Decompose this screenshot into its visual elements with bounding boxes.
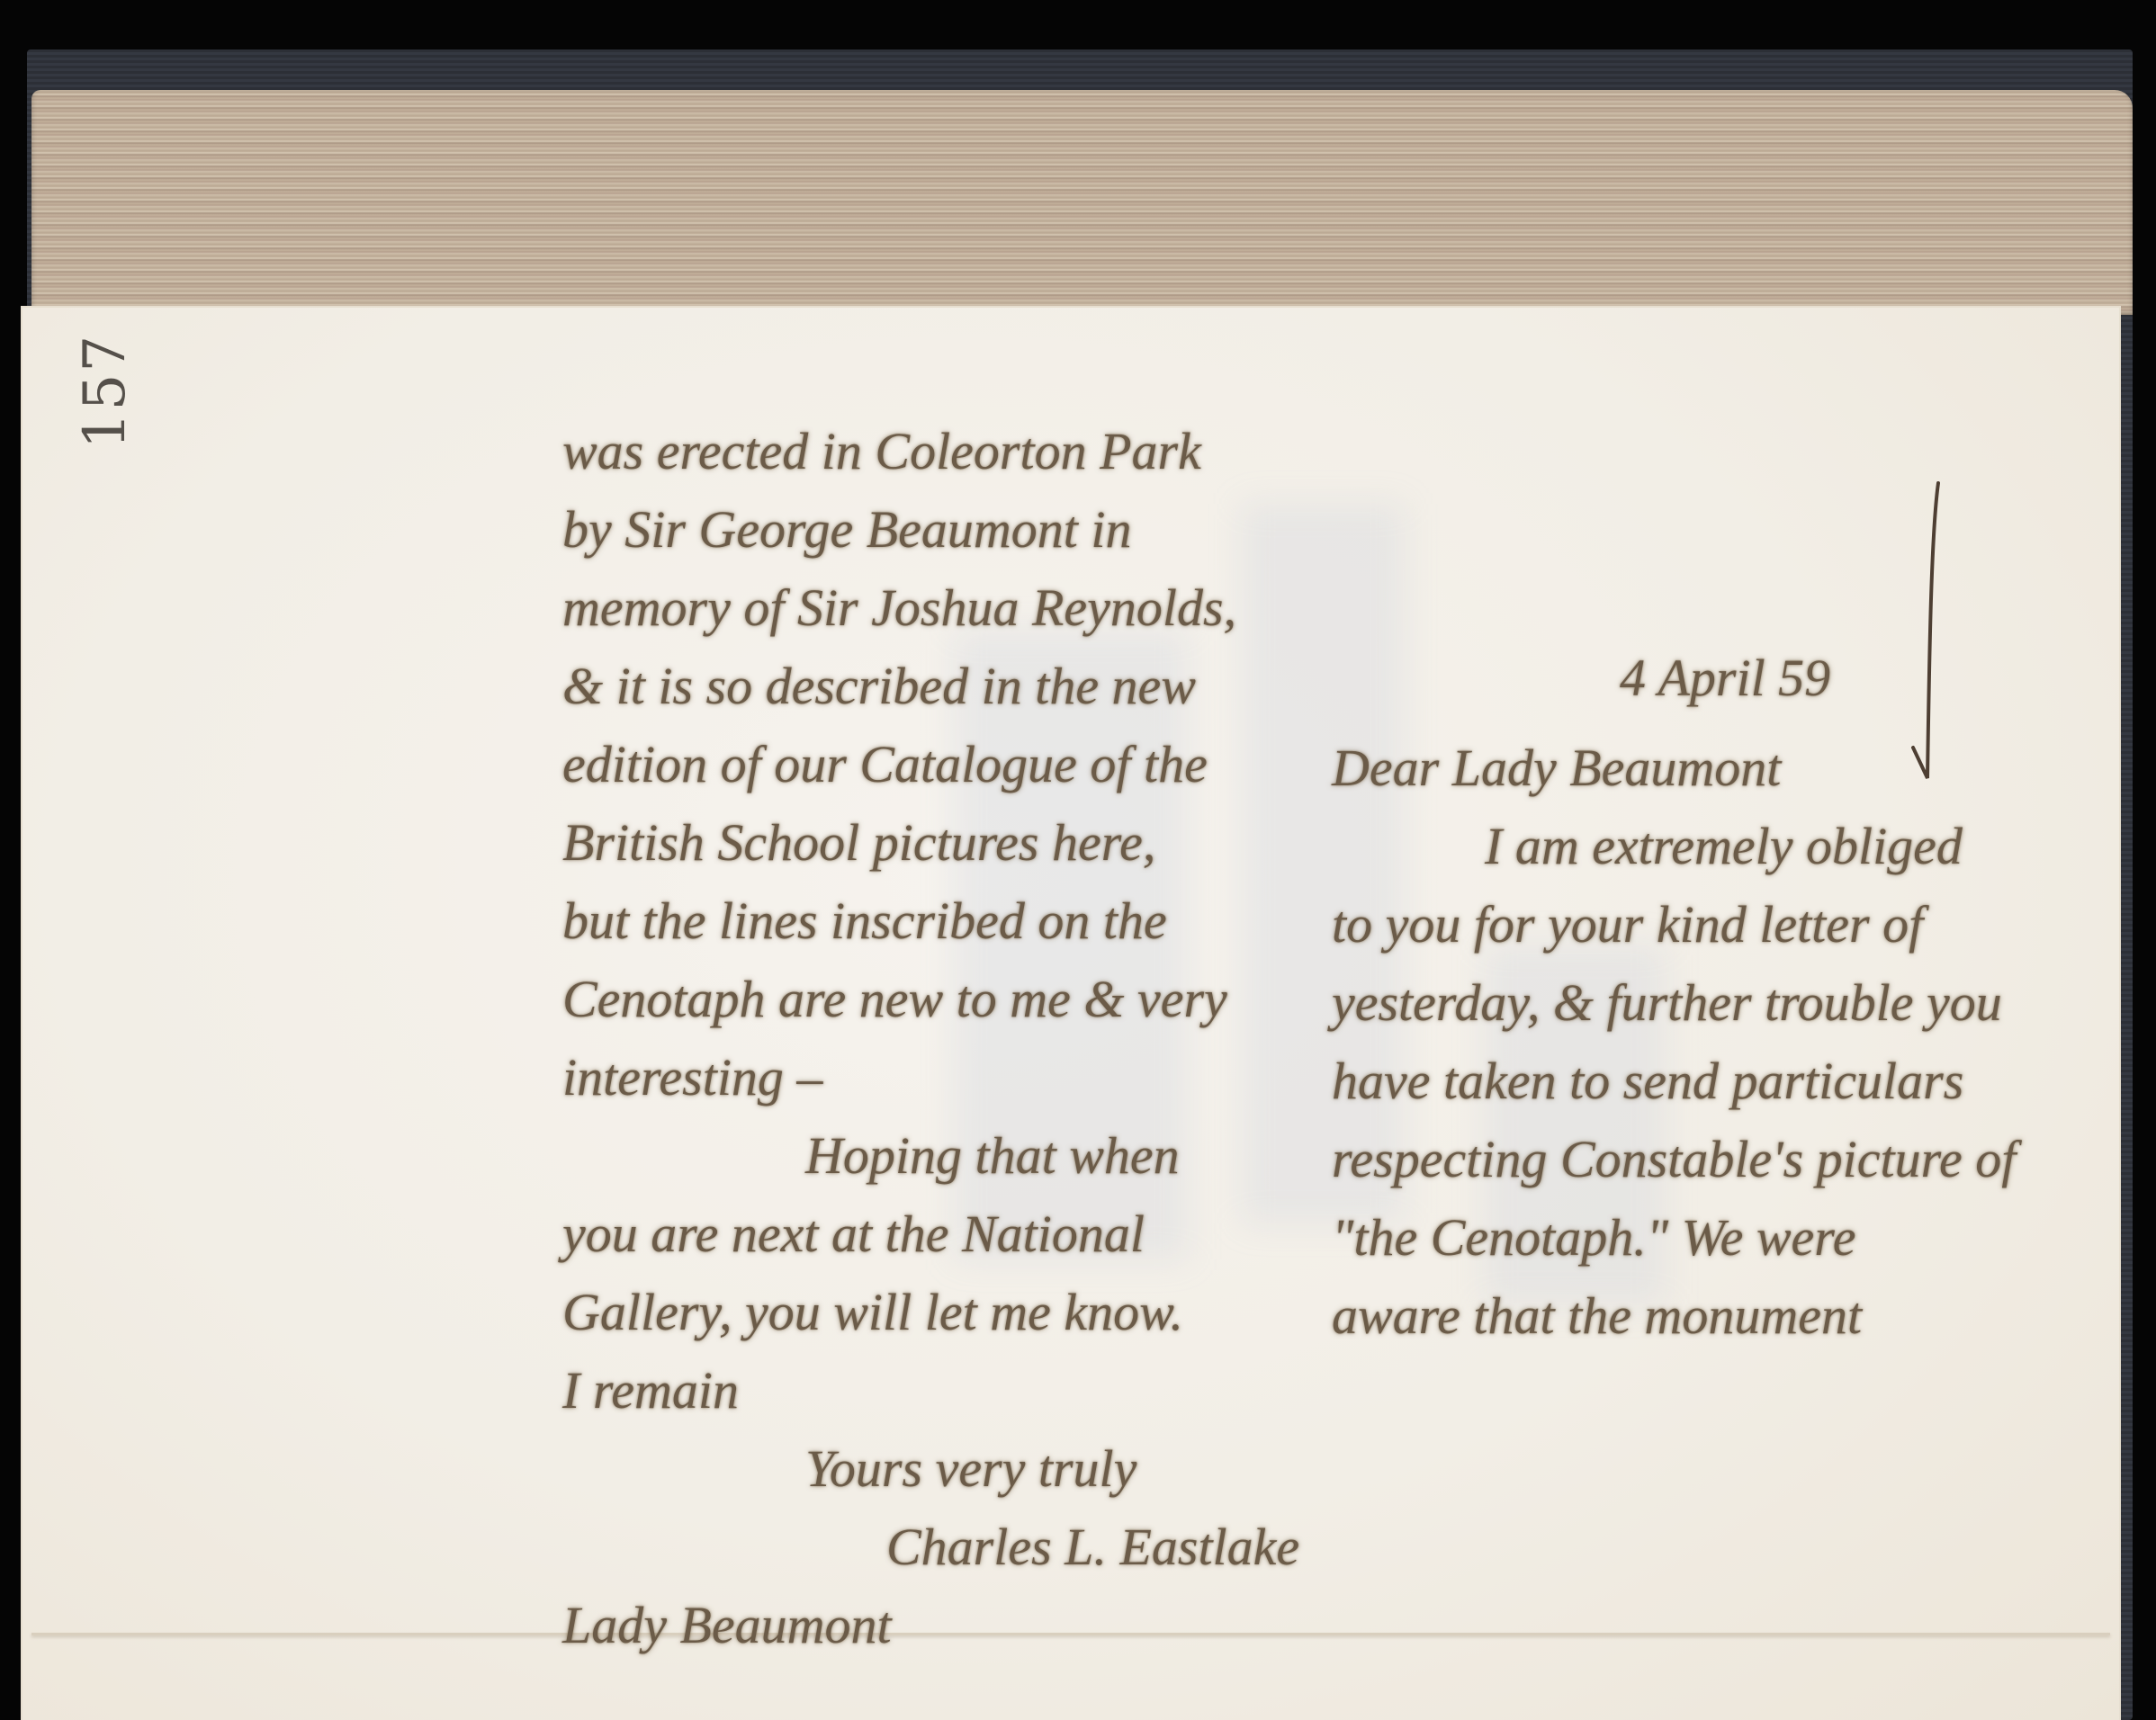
letter-line: I remain (562, 1351, 1299, 1429)
letter-line: but the lines inscribed on the (562, 882, 1299, 960)
letter-line: "the Cenotaph." We were (1332, 1198, 2016, 1277)
letter-left-column: was erected in Coleorton Park by Sir Geo… (562, 412, 1299, 1664)
letter-line: you are next at the National (562, 1195, 1299, 1273)
letter-line: aware that the monument (1332, 1277, 2016, 1355)
letter-line: memory of Sir Joshua Reynolds, (562, 569, 1299, 647)
letter-line: & it is so described in the new (562, 647, 1299, 725)
letter-line: interesting – (562, 1038, 1299, 1116)
letter-line: I am extremely obliged (1332, 807, 2016, 885)
signature: Charles L. Eastlake (562, 1508, 1299, 1586)
folio-number: 157 (72, 333, 153, 450)
letter-line: edition of our Catalogue of the (562, 725, 1299, 803)
salutation: Dear Lady Beaumont (1332, 729, 2016, 807)
page-edges-stack (31, 90, 2133, 315)
letter-line: Cenotaph are new to me & very (562, 960, 1299, 1038)
letter-line: yesterday, & further trouble you (1332, 963, 2016, 1042)
addressee: Lady Beaumont (562, 1586, 1299, 1664)
letter-line: by Sir George Beaumont in (562, 490, 1299, 569)
letter-line: Hoping that when (562, 1116, 1299, 1195)
letter-line: British School pictures here, (562, 803, 1299, 882)
letter-right-column: Dear Lady Beaumont I am extremely oblige… (1332, 621, 2016, 1355)
letter-line: was erected in Coleorton Park (562, 412, 1299, 490)
letter-line: Gallery, you will let me know. (562, 1273, 1299, 1351)
closing: Yours very truly (562, 1429, 1299, 1508)
letter-line: to you for your kind letter of (1332, 885, 2016, 963)
letter-line: have taken to send particulars (1332, 1042, 2016, 1120)
letter-line: respecting Constable's picture of (1332, 1120, 2016, 1198)
